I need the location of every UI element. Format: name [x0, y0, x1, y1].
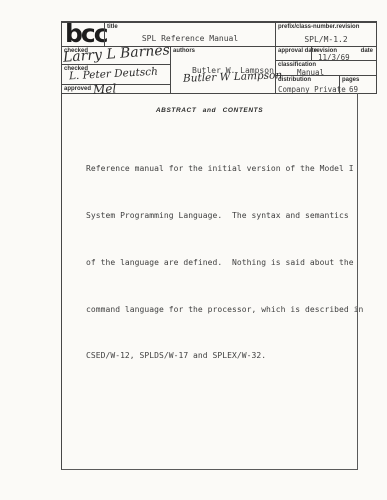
- distribution-box: distribution Company Private: [275, 75, 340, 94]
- pages-box: pages 69: [339, 75, 377, 94]
- distribution-label: distribution: [278, 77, 311, 83]
- prefix-box: prefix/class-number.revision SPL/M-1.2: [275, 21, 377, 47]
- logo-box: bcc: [61, 21, 105, 47]
- abstract-line: CSED/W-12, SPLDS/W-17 and SPLEX/W-32.: [86, 348, 363, 364]
- abstract-line: Reference manual for the initial version…: [86, 161, 363, 177]
- abstract-line: command language for the processor, whic…: [86, 302, 363, 318]
- abstract-line: System Programming Language. The syntax …: [86, 208, 363, 224]
- authors-label: authors: [173, 48, 195, 54]
- scanned-document-page: bcc title SPL Reference Manual prefix/cl…: [0, 0, 387, 500]
- classification-box: classification Manual: [275, 60, 377, 76]
- document-title: SPL Reference Manual: [105, 34, 275, 43]
- title-label: title: [107, 24, 118, 30]
- abstract-heading: ABSTRACT and CONTENTS: [61, 107, 358, 114]
- abstract-body: Reference manual for the initial version…: [86, 130, 363, 395]
- revision-date-box: revision date 11/3/69: [311, 46, 377, 61]
- title-box: title SPL Reference Manual: [104, 21, 276, 47]
- bcc-logo: bcc: [65, 19, 107, 48]
- pages-label: pages: [342, 77, 359, 83]
- approval-date-box: approval date: [275, 46, 312, 61]
- approved-label: approved: [64, 86, 91, 92]
- prefix-label: prefix/class-number.revision: [278, 24, 359, 30]
- date-label: date: [361, 48, 373, 54]
- abstract-line: of the language are defined. Nothing is …: [86, 255, 363, 271]
- document-number: SPL/M-1.2: [276, 35, 376, 44]
